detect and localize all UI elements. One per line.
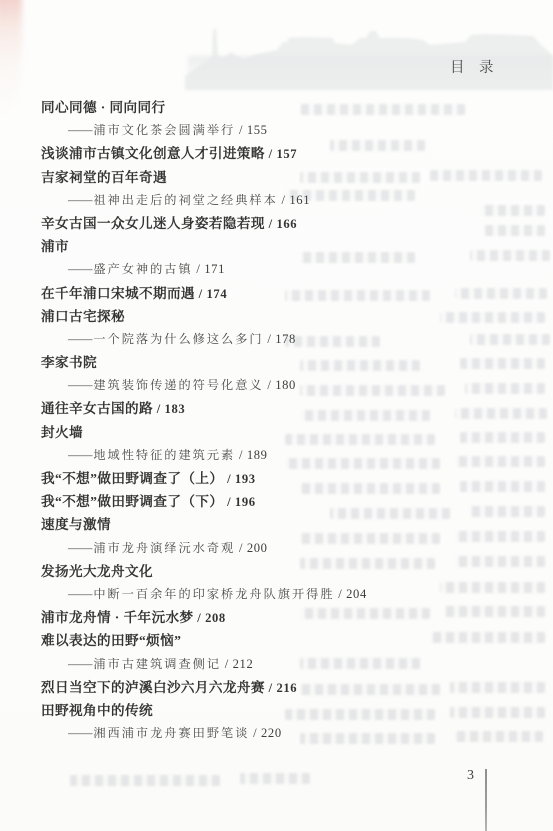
toc-entry-title: 同心同德 · 同向同行 [41,100,165,115]
toc-entry: 田野视角中的传统 [40,699,540,722]
toc-entry-pageref: / 180 [264,378,296,392]
toc-entry-pageref: / 204 [335,587,367,601]
toc-entry: 浦市龙舟情 · 千年沅水梦 / 208 [40,606,540,629]
toc-entry-title: 浦市文化茶会圆满举行 [93,123,235,137]
toc-entry: ——一个院落为什么修这么多门 / 178 [40,328,540,351]
toc-entry-title: 浦口古宅探秘 [41,309,125,324]
toc-entry-dash: —— [68,378,92,392]
toc-entry: 同心同德 · 同向同行 [40,96,540,119]
toc-entry-pageref: / 196 [223,495,255,509]
toc-entry-title: 一个院落为什么修这么多门 [93,332,263,346]
toc-entry-dash: —— [68,657,92,671]
toc-entry-dash: —— [68,193,92,207]
toc-entry-pageref: / 166 [265,217,297,231]
toc-entry-title: 我“不想”做田野调查了（下） [41,494,223,509]
toc-entry-title: 建筑装饰传递的符号化意义 [93,378,263,392]
toc-entry-title: 烈日当空下的泸溪白沙六月六龙舟赛 [41,680,265,695]
toc-entry-pageref: / 220 [249,726,281,740]
toc-entry: 我“不想”做田野调查了（下） / 196 [40,490,540,513]
toc-entry-pageref: / 193 [223,472,255,486]
toc-entry-pageref: / 174 [195,287,227,301]
toc-entry: 发扬光大龙舟文化 [40,560,540,583]
toc-entry-pageref: / 157 [265,147,297,161]
folio-page-number: 3 [467,768,474,784]
toc-entry-dash: —— [68,587,92,601]
toc-entry-pageref: / 183 [153,402,185,416]
toc-entry-title: 速度与激情 [41,517,111,532]
scan-edge-artifact [0,0,22,114]
toc-entry: 浅谈浦市古镇文化创意人才引进策略 / 157 [40,142,540,165]
toc-entry-title: 湘西浦市龙舟赛田野笔谈 [93,726,249,740]
toc-entry-title: 祖神出走后的祠堂之经典样本 [93,193,277,207]
folio-rule [485,769,487,831]
toc-entry-title: 浦市龙舟情 · 千年沅水梦 [41,610,193,625]
toc-entry-pageref: / 155 [235,123,267,137]
toc-entry: ——浦市古建筑调查侧记 / 212 [40,653,540,676]
toc-entry-title: 在千年浦口宋城不期而遇 [41,286,195,301]
toc-entry-title: 发扬光大龙舟文化 [41,564,153,579]
toc-entry: 辛女古国一众女儿迷人身姿若隐若现 / 166 [40,212,540,235]
toc-entry: 浦口古宅探秘 [40,305,540,328]
toc-entry: 速度与激情 [40,513,540,536]
toc-entry-title: 地域性特征的建筑元素 [93,448,235,462]
toc-entry: ——祖神出走后的祠堂之经典样本 / 161 [40,189,540,212]
toc-entry: ——湘西浦市龙舟赛田野笔谈 / 220 [40,722,540,745]
toc-entry: 我“不想”做田野调查了（上） / 193 [40,467,540,490]
toc-entry: ——中断一百余年的印家桥龙舟队旗开得胜 / 204 [40,583,540,606]
toc-entry-dash: —— [68,123,92,137]
toc-entry-dash: —— [68,541,92,555]
toc-entry: 烈日当空下的泸溪白沙六月六龙舟赛 / 216 [40,676,540,699]
toc-entry: 通往辛女古国的路 / 183 [40,397,540,420]
toc-entry-dash: —— [68,332,92,346]
toc-entry-pageref: / 189 [235,448,267,462]
toc-entry-title: 田野视角中的传统 [41,703,153,718]
toc-entry-dash: —— [68,448,92,462]
toc-entry-title: 难以表达的田野“烦恼” [41,633,181,648]
toc-entry-pageref: / 178 [264,332,296,346]
toc-entry-title: 我“不想”做田野调查了（上） [41,471,223,486]
toc-entry: 浦市 [40,235,540,258]
toc-entry: ——浦市文化茶会圆满举行 / 155 [40,119,540,142]
toc-entry: 李家书院 [40,351,540,374]
toc-entry: ——浦市龙舟演绎沅水奇观 / 200 [40,537,540,560]
toc-entry: ——盛产女神的古镇 / 171 [40,258,540,281]
toc-entry: 在千年浦口宋城不期而遇 / 174 [40,282,540,305]
bleed-through-smudge [240,773,310,784]
page-header-title: 目 录 [450,56,494,77]
toc-entry-title: 辛女古国一众女儿迷人身姿若隐若现 [41,216,265,231]
toc-entry-title: 浦市古建筑调查侧记 [93,657,221,671]
toc-entry-pageref: / 208 [193,611,225,625]
toc-entry: 封火墙 [40,421,540,444]
toc-entry-title: 通往辛女古国的路 [41,401,153,416]
toc-entry-pageref: / 216 [265,681,297,695]
toc-entry-pageref: / 171 [193,262,225,276]
toc-entry-dash: —— [68,726,92,740]
toc-entry-dash: —— [68,262,92,276]
toc-entry: 吉家祠堂的百年奇遇 [40,166,540,189]
toc-entry-title: 中断一百余年的印家桥龙舟队旗开得胜 [93,587,334,601]
toc-entry-title: 浅谈浦市古镇文化创意人才引进策略 [41,146,265,161]
toc-entry-title: 吉家祠堂的百年奇遇 [41,170,167,185]
scanned-toc-page: 目 录 同心同德 · 同向同行 ——浦市文化茶会圆满举行 / 155 浅谈浦市古… [0,0,553,831]
toc-entry: ——地域性特征的建筑元素 / 189 [40,444,540,467]
toc-entry: 难以表达的田野“烦恼” [40,629,540,652]
toc-entry: ——建筑装饰传递的符号化意义 / 180 [40,374,540,397]
toc-entry-title: 浦市龙舟演绎沅水奇观 [93,541,235,555]
rooftop-skyline-watermark [185,12,553,90]
toc-entry-title: 盛产女神的古镇 [93,262,192,276]
toc-entry-pageref: / 200 [235,541,267,555]
toc-entry-title: 李家书院 [41,355,97,370]
toc-entry-pageref: / 161 [278,193,310,207]
bleed-through-smudge [70,775,220,786]
toc-entry-title: 浦市 [41,239,69,254]
toc-list: 同心同德 · 同向同行 ——浦市文化茶会圆满举行 / 155 浅谈浦市古镇文化创… [40,96,540,745]
toc-entry-title: 封火墙 [41,425,83,440]
toc-entry-pageref: / 212 [221,657,253,671]
